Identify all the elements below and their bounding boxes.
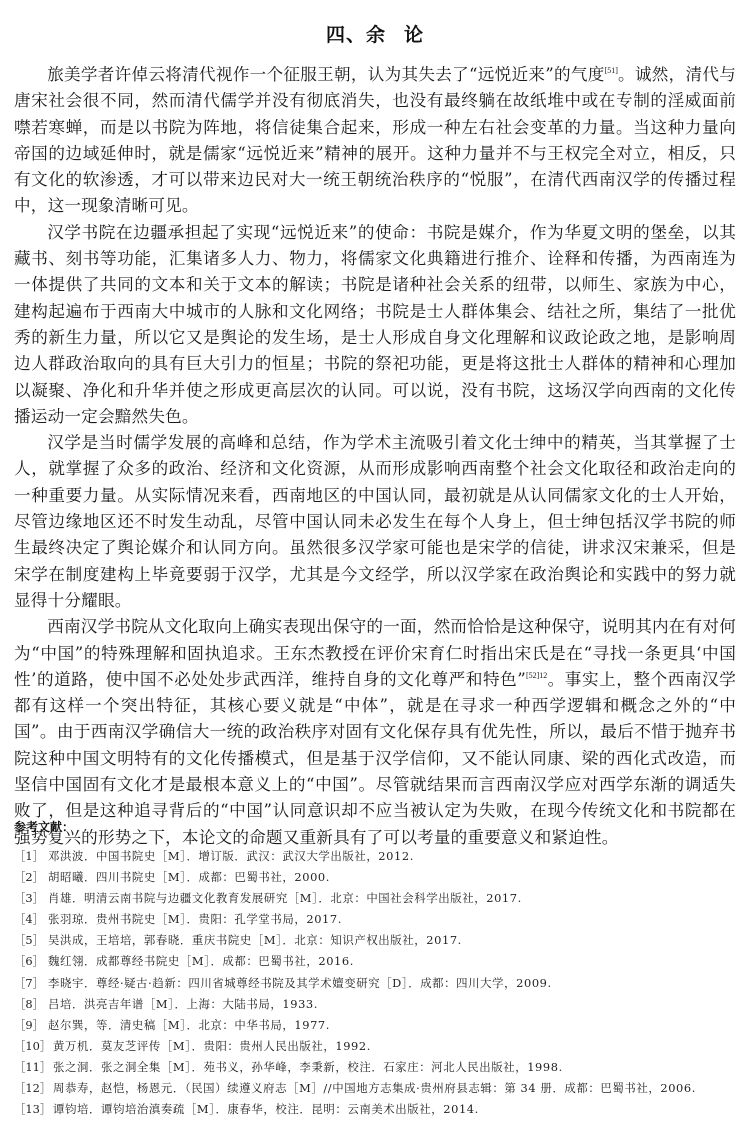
reference-number: ［3］ bbox=[14, 888, 48, 909]
reference-number: ［13］ bbox=[14, 1099, 53, 1120]
references-heading: 参考文献： bbox=[14, 818, 74, 835]
reference-text: 吴洪成，王培培，郭春晓．重庆书院史［M］．北京：知识产权出版社，2017. bbox=[48, 930, 462, 951]
reference-number: ［8］ bbox=[14, 994, 48, 1015]
paragraph-2: 汉学书院在边疆承担起了实现“远悦近来”的使命：书院是媒介，作为华夏文明的堡垒，以… bbox=[14, 220, 736, 430]
reference-item: ［6］魏红翎．成都尊经书院史［M］．成都：巴蜀书社，2016. bbox=[14, 951, 736, 972]
reference-item: ［11］张之洞．张之洞全集［M］．苑书义，孙华峰，李秉新，校注．石家庄：河北人民… bbox=[14, 1057, 736, 1078]
reference-text: 周恭寿，赵恺，杨恩元．（民国）续遵义府志［M］//中国地方志集成·贵州府县志辑：… bbox=[53, 1078, 696, 1099]
reference-item: ［3］肖雄．明清云南书院与边疆文化教育发展研究［M］．北京：中国社会科学出版社，… bbox=[14, 888, 736, 909]
citation-52[interactable]: [52]12 bbox=[526, 671, 547, 680]
reference-text: 邓洪波．中国书院史［M］．增订版．武汉：武汉大学出版社，2012. bbox=[48, 846, 414, 867]
reference-number: ［11］ bbox=[14, 1057, 53, 1078]
reference-text: 谭钧培．谭钧培治滇奏疏［M］．康春华，校注．昆明：云南美术出版社，2014. bbox=[53, 1099, 479, 1120]
paragraph-4: 西南汉学书院从文化取向上确实表现出保守的一面，然而恰恰是这种保守，说明其内在有对… bbox=[14, 614, 736, 851]
section-title: 四、余论 bbox=[0, 20, 750, 47]
section-title-suffix: 论 bbox=[404, 24, 424, 46]
document-page: 四、余论 旅美学者许倬云将清代视作一个征服王朝，认为其失去了“远悦近来”的气度[… bbox=[0, 0, 750, 1126]
reference-text: 张羽琼．贵州书院史［M］．贵阳：孔学堂书局，2017. bbox=[48, 909, 342, 930]
reference-item: ［7］李晓宇．尊经·疑古·趋新：四川省城尊经书院及其学术嬗变研究［D］．成都：四… bbox=[14, 973, 736, 994]
reference-number: ［4］ bbox=[14, 909, 48, 930]
reference-item: ［2］胡昭曦．四川书院史［M］．成都：巴蜀书社，2000. bbox=[14, 867, 736, 888]
reference-text: 赵尔巽，等．清史稿［M］．北京：中华书局，1977. bbox=[48, 1015, 330, 1036]
reference-item: ［1］邓洪波．中国书院史［M］．增订版．武汉：武汉大学出版社，2012. bbox=[14, 846, 736, 867]
reference-text: 肖雄．明清云南书院与边疆文化教育发展研究［M］．北京：中国社会科学出版社，201… bbox=[48, 888, 522, 909]
paragraph-text: 。诚然，清代与唐宋社会很不同，然而清代儒学并没有彻底消失，也没有最终躺在故纸堆中… bbox=[14, 65, 736, 215]
reference-item: ［5］吴洪成，王培培，郭春晓．重庆书院史［M］．北京：知识产权出版社，2017. bbox=[14, 930, 736, 951]
reference-text: 黄万机．莫友芝评传［M］．贵阳：贵州人民出版社，1992. bbox=[53, 1036, 371, 1057]
reference-number: ［2］ bbox=[14, 867, 48, 888]
paragraph-1: 旅美学者许倬云将清代视作一个征服王朝，认为其失去了“远悦近来”的气度[51]。诚… bbox=[14, 62, 736, 220]
reference-text: 胡昭曦．四川书院史［M］．成都：巴蜀书社，2000. bbox=[48, 867, 330, 888]
body-text: 旅美学者许倬云将清代视作一个征服王朝，认为其失去了“远悦近来”的气度[51]。诚… bbox=[14, 62, 736, 851]
reference-text: 魏红翎．成都尊经书院史［M］．成都：巴蜀书社，2016. bbox=[48, 951, 354, 972]
reference-number: ［12］ bbox=[14, 1078, 53, 1099]
reference-list: ［1］邓洪波．中国书院史［M］．增订版．武汉：武汉大学出版社，2012. ［2］… bbox=[14, 846, 736, 1120]
reference-number: ［5］ bbox=[14, 930, 48, 951]
section-title-prefix: 四、余 bbox=[326, 24, 386, 46]
paragraph-text: 旅美学者许倬云将清代视作一个征服王朝，认为其失去了“远悦近来”的气度 bbox=[47, 65, 604, 84]
reference-number: ［9］ bbox=[14, 1015, 48, 1036]
reference-item: ［8］吕培．洪亮吉年谱［M］．上海：大陆书局，1933. bbox=[14, 994, 736, 1015]
reference-item: ［13］谭钧培．谭钧培治滇奏疏［M］．康春华，校注．昆明：云南美术出版社，201… bbox=[14, 1099, 736, 1120]
paragraph-text: 。事实上，整个西南汉学都有这样一个突出特征，其核心要义就是“中体”，就是在寻求一… bbox=[14, 670, 736, 847]
reference-item: ［10］黄万机．莫友芝评传［M］．贵阳：贵州人民出版社，1992. bbox=[14, 1036, 736, 1057]
reference-text: 张之洞．张之洞全集［M］．苑书义，孙华峰，李秉新，校注．石家庄：河北人民出版社，… bbox=[53, 1057, 563, 1078]
reference-item: ［12］周恭寿，赵恺，杨恩元．（民国）续遵义府志［M］//中国地方志集成·贵州府… bbox=[14, 1078, 736, 1099]
paragraph-3: 汉学是当时儒学发展的高峰和总结，作为学术主流吸引着文化士绅中的精英，当其掌握了士… bbox=[14, 430, 736, 614]
reference-number: ［10］ bbox=[14, 1036, 53, 1057]
reference-item: ［4］张羽琼．贵州书院史［M］．贵阳：孔学堂书局，2017. bbox=[14, 909, 736, 930]
reference-text: 吕培．洪亮吉年谱［M］．上海：大陆书局，1933. bbox=[48, 994, 318, 1015]
reference-number: ［1］ bbox=[14, 846, 48, 867]
reference-text: 李晓宇．尊经·疑古·趋新：四川省城尊经书院及其学术嬗变研究［D］．成都：四川大学… bbox=[48, 973, 552, 994]
citation-51[interactable]: [51] bbox=[605, 66, 618, 75]
reference-number: ［7］ bbox=[14, 973, 48, 994]
reference-number: ［6］ bbox=[14, 951, 48, 972]
reference-item: ［9］赵尔巽，等．清史稿［M］．北京：中华书局，1977. bbox=[14, 1015, 736, 1036]
